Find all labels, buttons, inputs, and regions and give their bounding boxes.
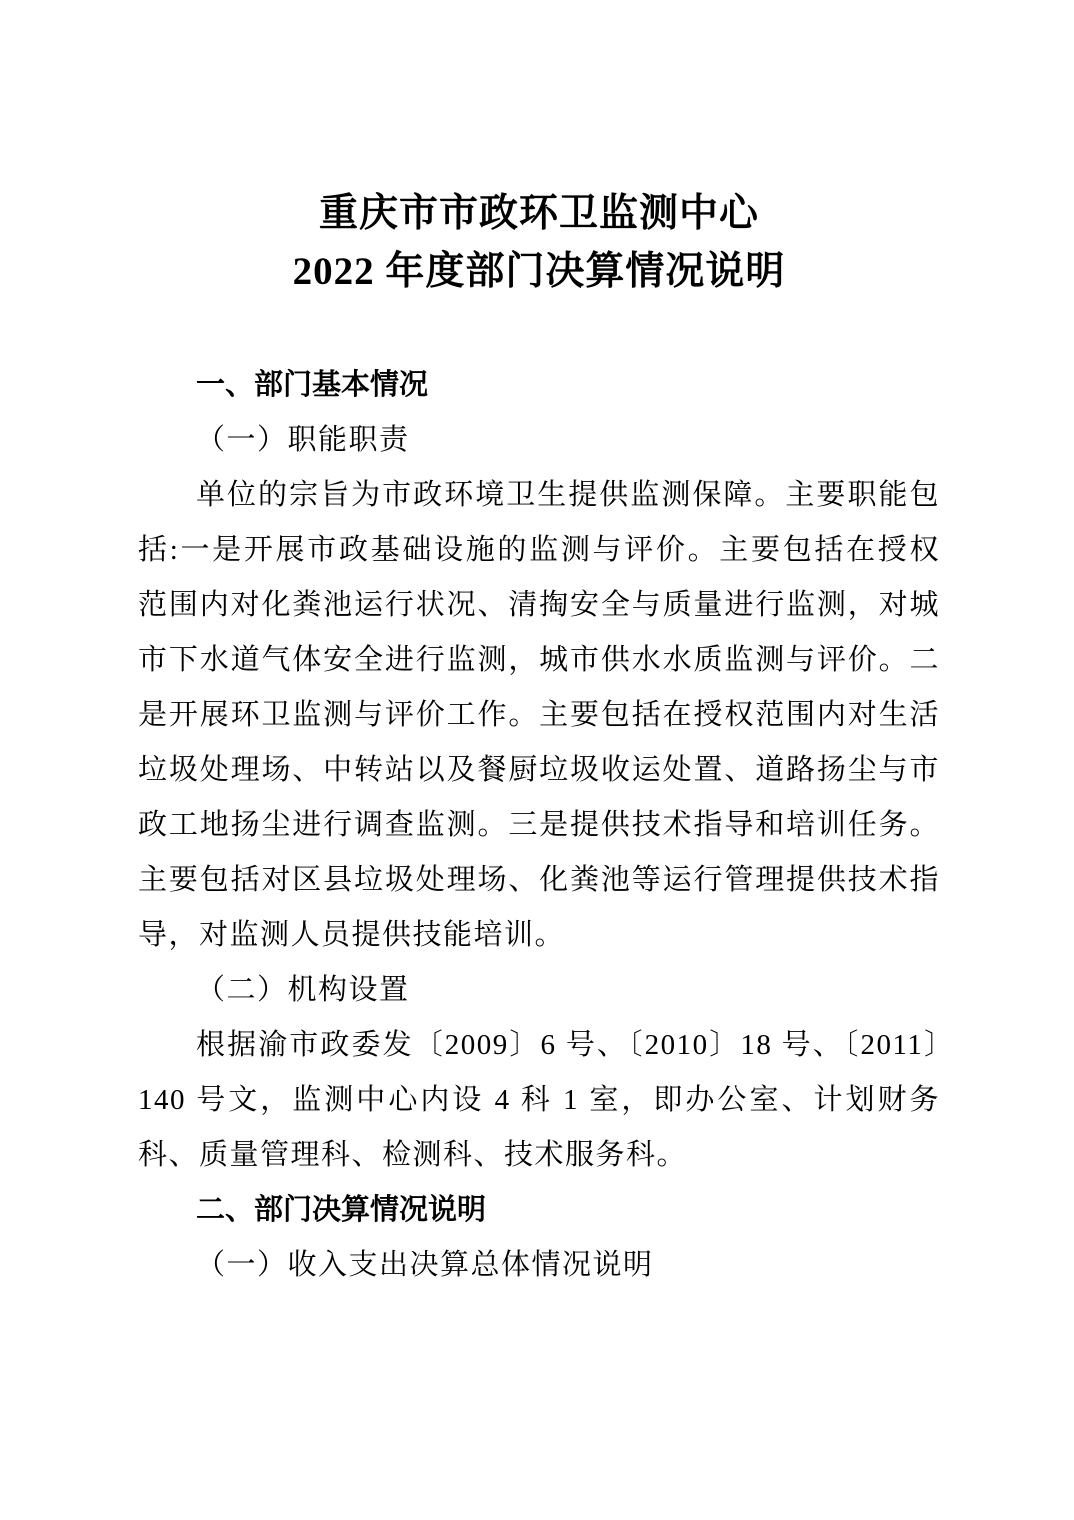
subsection-heading-income-expense-overview: （一）收入支出决算总体情况说明 <box>138 1238 940 1293</box>
subsection-heading-duties: （一）职能职责 <box>138 413 940 468</box>
document-body: 一、部门基本情况 （一）职能职责 单位的宗旨为市政环境卫生提供监测保障。主要职能… <box>138 358 940 1293</box>
document-title-line-2: 2022 年度部门决算情况说明 <box>138 243 940 301</box>
paragraph-org-structure: 根据渝市政委发〔2009〕6 号、〔2010〕18 号、〔2011〕140 号文… <box>138 1018 940 1183</box>
document-page: 重庆市市政环卫监测中心 2022 年度部门决算情况说明 一、部门基本情况 （一）… <box>0 0 1074 1520</box>
section-heading-final-accounts: 二、部门决算情况说明 <box>138 1183 940 1238</box>
document-title: 重庆市市政环卫监测中心 2022 年度部门决算情况说明 <box>138 185 940 301</box>
document-title-line-1: 重庆市市政环卫监测中心 <box>138 185 940 243</box>
subsection-heading-org-structure: （二）机构设置 <box>138 963 940 1018</box>
section-heading-basic-info: 一、部门基本情况 <box>138 358 940 413</box>
paragraph-duties: 单位的宗旨为市政环境卫生提供监测保障。主要职能包括:一是开展市政基础设施的监测与… <box>138 468 940 963</box>
